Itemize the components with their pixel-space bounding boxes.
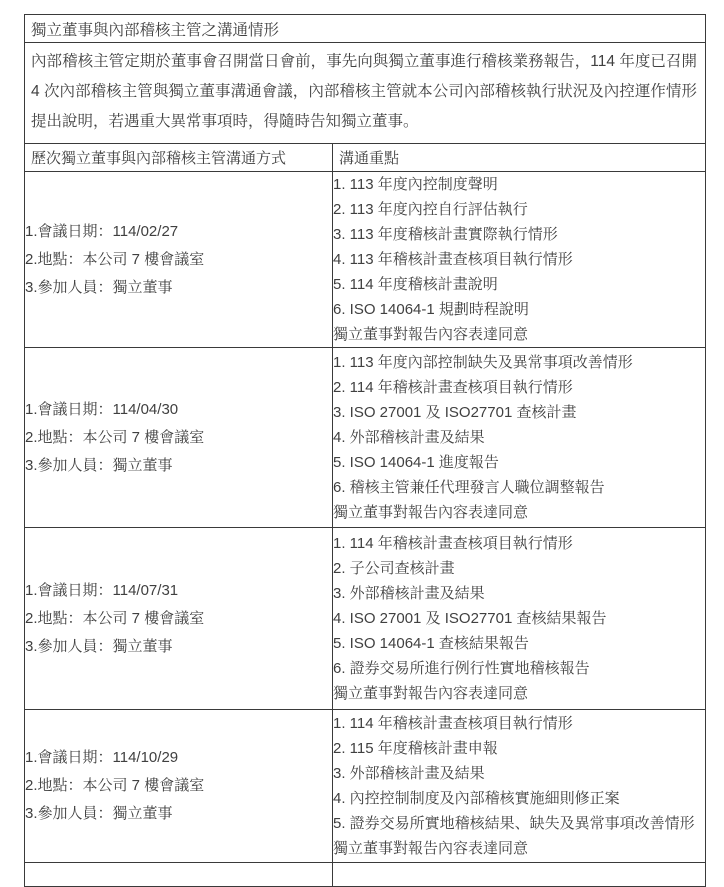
meeting-info-cell: 1.會議日期：114/02/27 2.地點：本公司 7 樓會議室 3.參加人員：… <box>25 172 333 348</box>
key-points-cell: 1. 113 年度內控制度聲明 2. 113 年度內控自行評估執行 3. 113… <box>333 172 706 348</box>
meeting-attendees-line: 3.參加人員：獨立董事 <box>25 274 332 302</box>
point-line: 3. 113 年度稽核計畫實際執行情形 <box>333 222 705 247</box>
key-points-cell: 1. 114 年稽核計畫查核項目執行情形 2. 115 年度稽核計畫申報 3. … <box>333 710 706 863</box>
point-line: 1. 114 年稽核計畫查核項目執行情形 <box>333 711 705 736</box>
consent-line: 獨立董事對報告內容表達同意 <box>333 836 705 861</box>
point-line: 5. ISO 14064-1 查核結果報告 <box>333 631 705 656</box>
column-header-key-points: 溝通重點 <box>333 144 706 172</box>
point-line: 2. 114 年稽核計畫查核項目執行情形 <box>333 375 705 400</box>
meeting-location-line: 2.地點：本公司 7 樓會議室 <box>25 772 332 800</box>
meeting-date-line: 1.會議日期：114/04/30 <box>25 396 332 424</box>
meeting-attendees-line: 3.參加人員：獨立董事 <box>25 452 332 480</box>
meeting-attendees-line: 3.參加人員：獨立董事 <box>25 633 332 661</box>
point-line: 3. ISO 27001 及 ISO27701 查核計畫 <box>333 400 705 425</box>
meeting-info-cell: 1.會議日期：114/07/31 2.地點：本公司 7 樓會議室 3.參加人員：… <box>25 528 333 710</box>
document-page: 獨立董事與內部稽核主管之溝通情形 內部稽核主管定期於董事會召開當日會前，事先向與… <box>24 14 705 871</box>
table-row: 1.會議日期：114/10/29 2.地點：本公司 7 樓會議室 3.參加人員：… <box>25 710 706 863</box>
point-line: 3. 外部稽核計畫及結果 <box>333 761 705 786</box>
page-title: 獨立董事與內部稽核主管之溝通情形 <box>25 15 706 43</box>
consent-line: 獨立董事對報告內容表達同意 <box>333 500 705 525</box>
meeting-date-line: 1.會議日期：114/07/31 <box>25 577 332 605</box>
consent-line: 獨立董事對報告內容表達同意 <box>333 322 705 347</box>
communication-table: 獨立董事與內部稽核主管之溝通情形 內部稽核主管定期於董事會召開當日會前，事先向與… <box>24 14 706 871</box>
point-line: 5. 證券交易所實地稽核結果、缺失及異常事項改善情形 <box>333 811 705 836</box>
point-line: 3. 外部稽核計畫及結果 <box>333 581 705 606</box>
consent-line: 獨立董事對報告內容表達同意 <box>333 681 705 706</box>
point-line: 2. 115 年度稽核計畫申報 <box>333 736 705 761</box>
meeting-date-line: 1.會議日期：114/02/27 <box>25 218 332 246</box>
meeting-info-cell: 1.會議日期：114/04/30 2.地點：本公司 7 樓會議室 3.參加人員：… <box>25 348 333 528</box>
meeting-info-cell-partial <box>25 863 333 872</box>
key-points-cell: 1. 114 年稽核計畫查核項目執行情形 2. 子公司查核計畫 3. 外部稽核計… <box>333 528 706 710</box>
intro-paragraph: 內部稽核主管定期於董事會召開當日會前，事先向與獨立董事進行稽核業務報告，114 … <box>25 43 706 144</box>
key-points-cell: 1. 113 年度內部控制缺失及異常事項改善情形 2. 114 年稽核計畫查核項… <box>333 348 706 528</box>
point-line: 4. 外部稽核計畫及結果 <box>333 425 705 450</box>
meeting-attendees-line: 3.參加人員：獨立董事 <box>25 800 332 828</box>
column-header-meeting-method: 歷次獨立董事與內部稽核主管溝通方式 <box>25 144 333 172</box>
point-line: 2. 子公司查核計畫 <box>333 556 705 581</box>
table-row: 1.會議日期：114/02/27 2.地點：本公司 7 樓會議室 3.參加人員：… <box>25 172 706 348</box>
point-line: 4. 內控控制制度及內部稽核實施細則修正案 <box>333 786 705 811</box>
point-line: 1. 113 年度內控制度聲明 <box>333 172 705 197</box>
table-row: 1.會議日期：114/07/31 2.地點：本公司 7 樓會議室 3.參加人員：… <box>25 528 706 710</box>
point-line: 6. ISO 14064-1 規劃時程說明 <box>333 297 705 322</box>
table-row: 1.會議日期：114/04/30 2.地點：本公司 7 樓會議室 3.參加人員：… <box>25 348 706 528</box>
point-line: 1. 113 年度內部控制缺失及異常事項改善情形 <box>333 350 705 375</box>
title-row: 獨立董事與內部稽核主管之溝通情形 <box>25 15 706 43</box>
point-line: 4. ISO 27001 及 ISO27701 查核結果報告 <box>333 606 705 631</box>
key-points-cell-partial <box>333 863 706 872</box>
table-row-partial <box>25 863 706 872</box>
intro-row: 內部稽核主管定期於董事會召開當日會前，事先向與獨立董事進行稽核業務報告，114 … <box>25 43 706 144</box>
meeting-date-line: 1.會議日期：114/10/29 <box>25 744 332 772</box>
point-line: 5. ISO 14064-1 進度報告 <box>333 450 705 475</box>
point-line: 6. 稽核主管兼任代理發言人職位調整報告 <box>333 475 705 500</box>
meeting-info-cell: 1.會議日期：114/10/29 2.地點：本公司 7 樓會議室 3.參加人員：… <box>25 710 333 863</box>
table-header-row: 歷次獨立董事與內部稽核主管溝通方式 溝通重點 <box>25 144 706 172</box>
point-line: 5. 114 年度稽核計畫說明 <box>333 272 705 297</box>
meeting-location-line: 2.地點：本公司 7 樓會議室 <box>25 246 332 274</box>
point-line: 2. 113 年度內控自行評估執行 <box>333 197 705 222</box>
meeting-location-line: 2.地點：本公司 7 樓會議室 <box>25 605 332 633</box>
point-line: 1. 114 年稽核計畫查核項目執行情形 <box>333 531 705 556</box>
meeting-location-line: 2.地點：本公司 7 樓會議室 <box>25 424 332 452</box>
point-line: 6. 證券交易所進行例行性實地稽核報告 <box>333 656 705 681</box>
point-line: 4. 113 年稽核計畫查核項目執行情形 <box>333 247 705 272</box>
